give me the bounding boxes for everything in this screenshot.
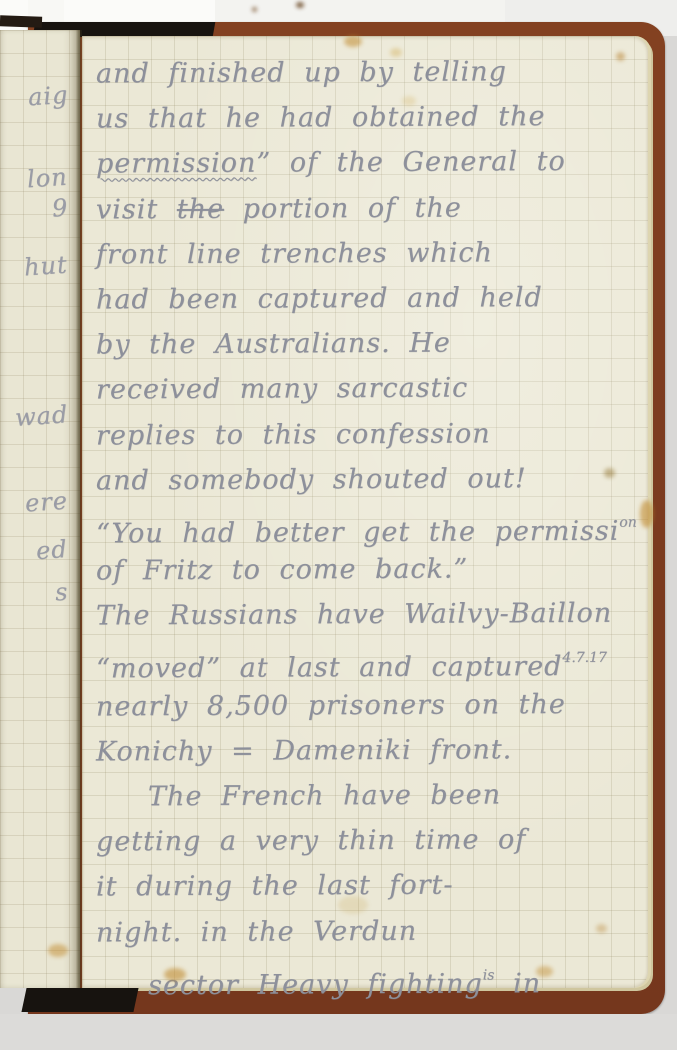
- handwritten-line: front line trenches which: [96, 229, 648, 277]
- handwritten-fragment: 9: [51, 193, 69, 222]
- handwritten-line: had been captured and held: [96, 274, 648, 322]
- handwritten-text-segment: received many sarcastic: [96, 373, 468, 406]
- handwritten-text-segment: Konichy = Dameniki front.: [96, 734, 512, 767]
- handwritten-text-segment: “moved” at last and captured: [96, 651, 563, 684]
- scanner-background-bottom: [0, 1014, 677, 1050]
- handwritten-text-segment: The French have been: [148, 779, 501, 812]
- handwritten-text-segment: on: [619, 514, 637, 530]
- handwritten-text-segment: night. in the Verdun: [96, 915, 417, 948]
- handwritten-line: by the Australians. He: [96, 320, 648, 368]
- handwritten-line: Konichy = Dameniki front.: [96, 726, 648, 774]
- handwritten-line: The French have been: [148, 772, 648, 820]
- handwritten-line: and finished up by telling: [96, 49, 648, 97]
- handwritten-line: and somebody shouted out!: [96, 455, 648, 503]
- handwritten-text-segment: permission: [96, 148, 257, 180]
- handwritten-text-segment: had been captured and held: [96, 282, 543, 315]
- handwritten-fragment: wad: [14, 400, 69, 432]
- handwritten-text-segment: 4.7.17: [562, 650, 607, 666]
- handwritten-line: of Fritz to come back.”: [96, 546, 648, 594]
- handwritten-line: permission” of the General to: [96, 139, 648, 187]
- diary-lines: and finished up by tellingus that he had…: [82, 36, 648, 988]
- handwritten-text-segment: nearly 8,500 prisoners on the: [96, 689, 566, 722]
- handwritten-text-segment: getting a very thin time of: [96, 824, 526, 857]
- handwritten-line: “moved” at last and captured4.7.17: [96, 636, 648, 684]
- handwritten-line: received many sarcastic: [96, 365, 648, 413]
- handwritten-text-segment: is: [483, 967, 495, 983]
- handwritten-line: replies to this confession: [96, 410, 648, 458]
- handwritten-line: nearly 8,500 prisoners on the: [96, 681, 648, 729]
- previous-page-sliver: aiglon9hutwadereeds: [0, 30, 80, 988]
- handwritten-text-segment: by the Australians. He: [96, 328, 451, 361]
- handwritten-text-segment: the: [177, 193, 224, 224]
- handwritten-text-segment: sector Heavy fighting: [148, 968, 483, 1001]
- handwritten-fragment: aig: [27, 81, 69, 112]
- handwritten-text-segment: front line trenches which: [96, 237, 493, 270]
- handwritten-fragment: lon: [26, 163, 68, 194]
- handwritten-text-segment: and somebody shouted out!: [96, 463, 527, 496]
- handwritten-fragment: ed: [35, 535, 68, 565]
- handwritten-text-segment: ” of the General to: [256, 146, 565, 179]
- handwritten-text-segment: and finished up by telling: [96, 56, 507, 89]
- handwritten-line: us that he had obtained the: [96, 94, 648, 142]
- handwritten-text-segment: us that he had obtained the: [96, 101, 546, 134]
- handwritten-line: sector Heavy fightingis in: [148, 952, 648, 1000]
- handwritten-fragment: s: [54, 578, 69, 607]
- cover-binding-left: [0, 15, 42, 27]
- handwritten-line: visit the portion of the: [96, 184, 648, 232]
- handwritten-line: “You had better get the permission: [96, 500, 648, 548]
- handwritten-line: The Russians have Wailvy-Baillon: [96, 591, 648, 639]
- handwritten-fragment: hut: [24, 251, 69, 282]
- handwritten-text-segment: visit: [96, 194, 177, 225]
- handwritten-text-segment: portion of the: [224, 192, 462, 224]
- handwritten-line: night. in the Verdun: [96, 907, 648, 955]
- handwritten-text-segment: it during the last fort-: [96, 870, 454, 903]
- handwritten-text-segment: “You had better get the permissi: [96, 516, 619, 550]
- handwritten-text-segment: The Russians have Wailvy-Baillon: [96, 598, 612, 632]
- cover-binding-bottom: [21, 988, 138, 1012]
- diary-page: and finished up by tellingus that he had…: [82, 36, 648, 988]
- handwritten-line: it during the last fort-: [96, 862, 648, 910]
- handwritten-fragment: ere: [24, 487, 69, 518]
- handwritten-text-segment: of Fritz to come back.”: [96, 554, 468, 587]
- handwritten-text-segment: in: [494, 968, 541, 999]
- handwritten-text-segment: replies to this confession: [96, 418, 491, 451]
- handwritten-line: getting a very thin time of: [96, 817, 648, 865]
